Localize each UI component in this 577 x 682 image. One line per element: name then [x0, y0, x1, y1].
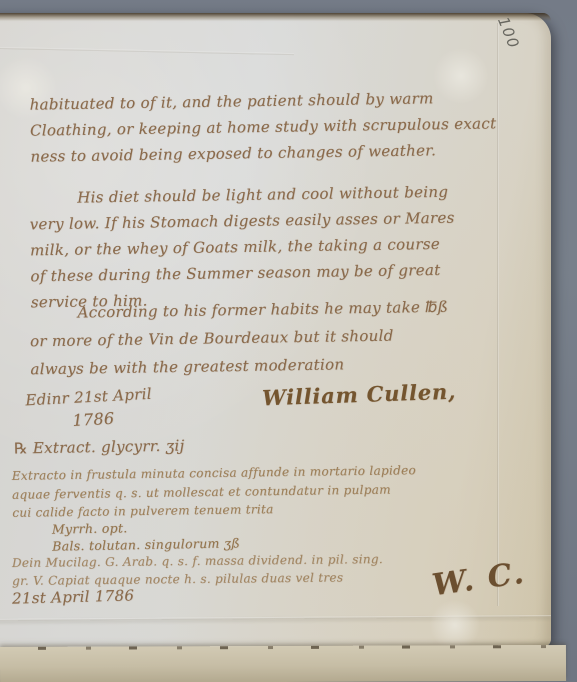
- page-burnt-top-edge: [0, 13, 551, 21]
- dateline: Edinr 21st April 1786: [25, 385, 154, 437]
- prescription-ingredient: Bals. tolutan. singulorum ʒß: [52, 534, 240, 554]
- letter-paragraph-3: According to his former habits he may ta…: [29, 293, 449, 384]
- binding-stitches: [0, 645, 566, 650]
- prescription-header: ℞ Extract. glycyrr. ʒij: [14, 437, 185, 458]
- letter-paragraph-1: habituated to of it, and the patient sho…: [29, 84, 497, 169]
- prescription-date: 21st April 1786: [12, 586, 135, 607]
- prescription-body: Extracto in frustula minuta concisa affu…: [12, 461, 417, 522]
- paper-fold-line: [497, 23, 499, 606]
- prescription-directions: Dein Mucilag. G. Arab. q. s. f. massa di…: [12, 551, 383, 590]
- book-page-edges: [0, 645, 566, 682]
- dateline-year: 1786: [72, 403, 154, 434]
- prescription-ingredients: Myrrh. opt. Bals. tolutan. singulorum ʒß: [52, 517, 240, 554]
- paper-crease-top: [0, 47, 294, 55]
- paper-blotch: [430, 599, 480, 651]
- manuscript-photograph: 100 habituated to of it, and the patient…: [0, 0, 577, 682]
